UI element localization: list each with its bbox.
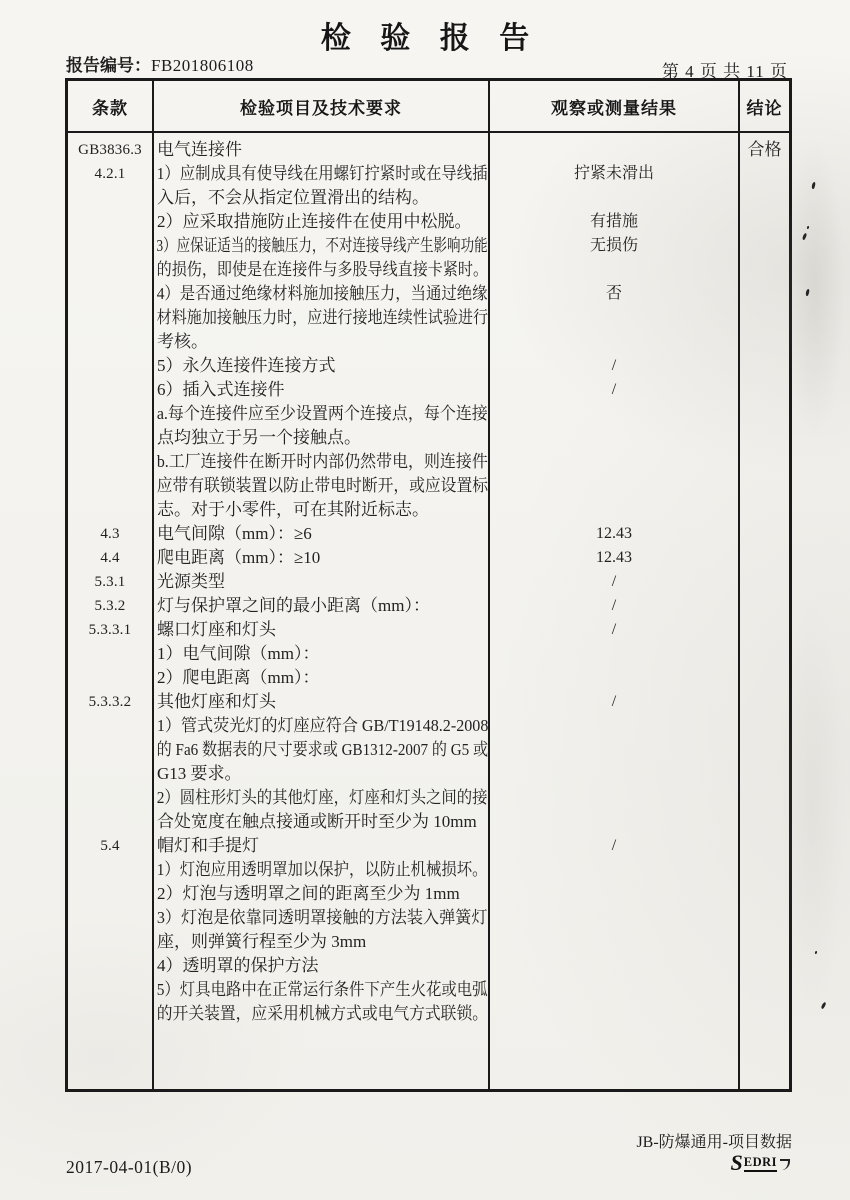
conclusion-value [740, 498, 789, 522]
conclusion-value [740, 210, 789, 234]
result-value: / [490, 378, 738, 402]
scan-speck [807, 226, 810, 229]
result-value: 12.43 [490, 522, 738, 546]
conclusion-value [740, 450, 789, 474]
scan-speck [805, 289, 810, 297]
conclusion-value [740, 354, 789, 378]
result-value [490, 402, 738, 426]
clause-cell: 4.4 [68, 546, 152, 570]
conclusion-value [740, 954, 789, 978]
clause-cell [68, 378, 152, 402]
header-conclusion: 结论 [740, 81, 789, 131]
requirement-line: 6）插入式连接件 [154, 378, 488, 402]
result-value: / [490, 618, 738, 642]
result-column: 拧紧未滑出有措施无损伤否//12.4312.43///// [490, 133, 740, 1089]
result-value: / [490, 690, 738, 714]
clause-cell [68, 234, 152, 258]
result-value [490, 930, 738, 954]
result-value: 有措施 [490, 210, 738, 234]
requirement-line: 5）灯具电路中在正常运行条件下产生火花或电弧 [154, 978, 456, 1002]
header-result: 观察或测量结果 [490, 81, 740, 131]
clause-cell [68, 306, 152, 330]
clause-cell: 5.3.1 [68, 570, 152, 594]
requirement-line: 1）管式荧光灯的灯座应符合 GB/T19148.2-2008 [154, 714, 470, 738]
requirement-line: b.工厂连接件在断开时内部仍然带电，则连接件 [154, 450, 467, 474]
conclusion-value [740, 978, 789, 1002]
result-value [490, 642, 738, 666]
document-tag: JB-防爆通用-项目数据 [636, 1129, 792, 1152]
result-value [490, 954, 738, 978]
result-value [490, 426, 738, 450]
conclusion-value [740, 930, 789, 954]
requirement-line: 的损伤，即使是在连接件与多股导线直接卡紧时。 [154, 258, 450, 282]
requirement-line: 3）灯泡是依靠同透明罩接触的方法装入弹簧灯 [154, 906, 471, 930]
requirement-line: 1）应制成具有使导线在用螺钉拧紧时或在导线插 [154, 162, 456, 186]
result-value: 无损伤 [490, 234, 738, 258]
result-value: 12.43 [490, 546, 738, 570]
requirement-line: 其他灯座和灯头 [154, 690, 488, 714]
clause-cell [68, 762, 152, 786]
result-value [490, 762, 738, 786]
clause-cell [68, 882, 152, 906]
conclusion-value [740, 690, 789, 714]
scan-speck [802, 233, 808, 241]
conclusion-value [740, 1002, 789, 1026]
conclusion-value [740, 810, 789, 834]
conclusion-value [740, 282, 789, 306]
clause-cell: 5.4 [68, 834, 152, 858]
clause-cell [68, 954, 152, 978]
table-body: GB3836.34.2.14.34.45.3.15.3.25.3.3.15.3.… [68, 133, 789, 1089]
inspection-table: 条款 检验项目及技术要求 观察或测量结果 结论 GB3836.34.2.14.3… [65, 78, 792, 1092]
report-number: 报告编号：FB201806108 [66, 51, 254, 76]
requirement-line: a.每个连接件应至少设置两个连接点，每个连接 [154, 402, 468, 426]
scanned-report-page: 检 验 报 告 报告编号：FB201806108 第 4 页 共 11 页 条款… [0, 0, 850, 1200]
requirement-line: 考核。 [154, 330, 488, 354]
conclusion-value [740, 522, 789, 546]
revision-date: 2017-04-01(B/0) [66, 1157, 192, 1178]
conclusion-value [740, 402, 789, 426]
clause-cell [68, 402, 152, 426]
conclusion-column: 合格 [740, 133, 789, 1089]
conclusion-value [740, 258, 789, 282]
clause-cell: 5.3.3.2 [68, 690, 152, 714]
clause-cell [68, 258, 152, 282]
result-value [490, 882, 738, 906]
requirement-line: 5）永久连接件连接方式 [154, 354, 488, 378]
requirement-line: 1）灯泡应用透明罩加以保护，以防止机械损坏。 [154, 858, 456, 882]
result-value [490, 1002, 738, 1026]
requirement-line: 灯与保护罩之间的最小距离（mm）： [154, 594, 488, 618]
result-value [490, 666, 738, 690]
clause-cell [68, 210, 152, 234]
requirement-line: 电气连接件 [154, 138, 488, 162]
requirement-line: 志。对于小零件，可在其附近标志。 [154, 498, 488, 522]
result-value [490, 186, 738, 210]
conclusion-value [740, 714, 789, 738]
requirement-line: 帽灯和手提灯 [154, 834, 488, 858]
requirement-line: 1）电气间隙（mm）： [154, 642, 488, 666]
report-number-label: 报告编号： [66, 56, 151, 75]
clause-cell [68, 906, 152, 930]
conclusion-value [740, 186, 789, 210]
conclusion-value [740, 474, 789, 498]
requirement-line: G13 要求。 [154, 762, 488, 786]
clause-cell [68, 330, 152, 354]
clause-cell [68, 498, 152, 522]
clause-cell [68, 930, 152, 954]
clause-cell [68, 642, 152, 666]
result-value [490, 906, 738, 930]
requirement-line: 2）爬电距离（mm）： [154, 666, 488, 690]
requirement-line: 4）是否通过绝缘材料施加接触压力，当通过绝缘 [154, 282, 456, 306]
result-value [490, 858, 738, 882]
requirement-line: 2）灯泡与透明罩之间的距离至少为 1mm [154, 882, 488, 906]
clause-cell [68, 858, 152, 882]
logo-letters-edri: EDRI [744, 1155, 777, 1172]
conclusion-value [740, 426, 789, 450]
conclusion-value: 合格 [740, 138, 789, 162]
clause-cell: GB3836.3 [68, 138, 152, 162]
clause-cell [68, 786, 152, 810]
clause-cell [68, 978, 152, 1002]
result-value [490, 258, 738, 282]
conclusion-value [740, 858, 789, 882]
clause-cell [68, 282, 152, 306]
report-number-value: FB201806108 [151, 56, 254, 75]
scan-speck [815, 951, 818, 954]
conclusion-value [740, 738, 789, 762]
requirement-line: 2）应采取措施防止连接件在使用中松脱。 [154, 210, 488, 234]
conclusion-value [740, 330, 789, 354]
clause-cell [68, 426, 152, 450]
requirement-line: 3）应保证适当的接触压力，不对连接导线产生影响功能 [154, 234, 420, 258]
clause-cell [68, 1002, 152, 1026]
result-value [490, 306, 738, 330]
clause-cell: 5.3.3.1 [68, 618, 152, 642]
conclusion-value [740, 162, 789, 186]
result-value: 否 [490, 282, 738, 306]
conclusion-value [740, 882, 789, 906]
requirement-line: 的开关装置，应采用机械方式或电气方式联锁。 [154, 1002, 464, 1026]
requirement-line: 2）圆柱形灯头的其他灯座，灯座和灯头之间的接 [154, 786, 456, 810]
conclusion-value [740, 306, 789, 330]
result-value [490, 138, 738, 162]
result-value [490, 738, 738, 762]
conclusion-value [740, 666, 789, 690]
requirement-line: 电气间隙（mm）：≥6 [154, 522, 488, 546]
requirement-line: 合处宽度在触点接通或断开时至少为 10mm [154, 810, 488, 834]
clause-cell [68, 810, 152, 834]
result-value [490, 714, 738, 738]
requirement-line: 爬电距离（mm）：≥10 [154, 546, 488, 570]
clause-cell [68, 666, 152, 690]
clause-cell [68, 186, 152, 210]
requirement-line: 座，则弹簧行程至少为 3mm [154, 930, 488, 954]
result-value: / [490, 834, 738, 858]
conclusion-value [740, 546, 789, 570]
conclusion-value [740, 834, 789, 858]
clause-cell: 4.2.1 [68, 162, 152, 186]
clause-cell [68, 714, 152, 738]
result-value [490, 330, 738, 354]
requirement-column: 电气连接件1）应制成具有使导线在用螺钉拧紧时或在导线插入后，不会从指定位置滑出的… [154, 133, 490, 1089]
result-value [490, 810, 738, 834]
logo-hook-icon [780, 1159, 790, 1170]
logo-letter-s: S [730, 1152, 742, 1174]
result-value: / [490, 594, 738, 618]
result-value [490, 786, 738, 810]
requirement-line: 材料施加接触压力时，应进行接地连续性试验进行 [154, 306, 450, 330]
table-header-row: 条款 检验项目及技术要求 观察或测量结果 结论 [68, 81, 789, 133]
clause-cell: 5.3.2 [68, 594, 152, 618]
result-value [490, 498, 738, 522]
result-value: 拧紧未滑出 [490, 162, 738, 186]
header-item: 检验项目及技术要求 [154, 81, 490, 131]
requirement-line: 应带有联锁装置以防止带电时断开，或应设置标 [154, 474, 464, 498]
result-value: / [490, 354, 738, 378]
requirement-line: 的 Fa6 数据表的尺寸要求或 GB1312-2007 的 G5 或 [154, 738, 451, 762]
requirement-line: 入后，不会从指定位置滑出的结构。 [154, 186, 488, 210]
conclusion-value [740, 642, 789, 666]
clause-cell: 4.3 [68, 522, 152, 546]
conclusion-value [740, 570, 789, 594]
requirement-line: 螺口灯座和灯头 [154, 618, 488, 642]
requirement-line: 光源类型 [154, 570, 488, 594]
clause-cell [68, 474, 152, 498]
result-value [490, 450, 738, 474]
sedri-logo: SEDRI [730, 1152, 790, 1174]
clause-cell [68, 354, 152, 378]
conclusion-value [740, 378, 789, 402]
scan-speck [820, 1002, 826, 1010]
conclusion-value [740, 594, 789, 618]
conclusion-value [740, 906, 789, 930]
conclusion-value [740, 234, 789, 258]
clause-column: GB3836.34.2.14.34.45.3.15.3.25.3.3.15.3.… [68, 133, 154, 1089]
result-value [490, 978, 738, 1002]
clause-cell [68, 450, 152, 474]
result-value: / [490, 570, 738, 594]
header-clause: 条款 [68, 81, 154, 131]
clause-cell [68, 738, 152, 762]
requirement-line: 点均独立于另一个接触点。 [154, 426, 488, 450]
conclusion-value [740, 618, 789, 642]
scan-speck [811, 182, 816, 190]
requirement-line: 4）透明罩的保护方法 [154, 954, 488, 978]
conclusion-value [740, 762, 789, 786]
result-value [490, 474, 738, 498]
conclusion-value [740, 786, 789, 810]
